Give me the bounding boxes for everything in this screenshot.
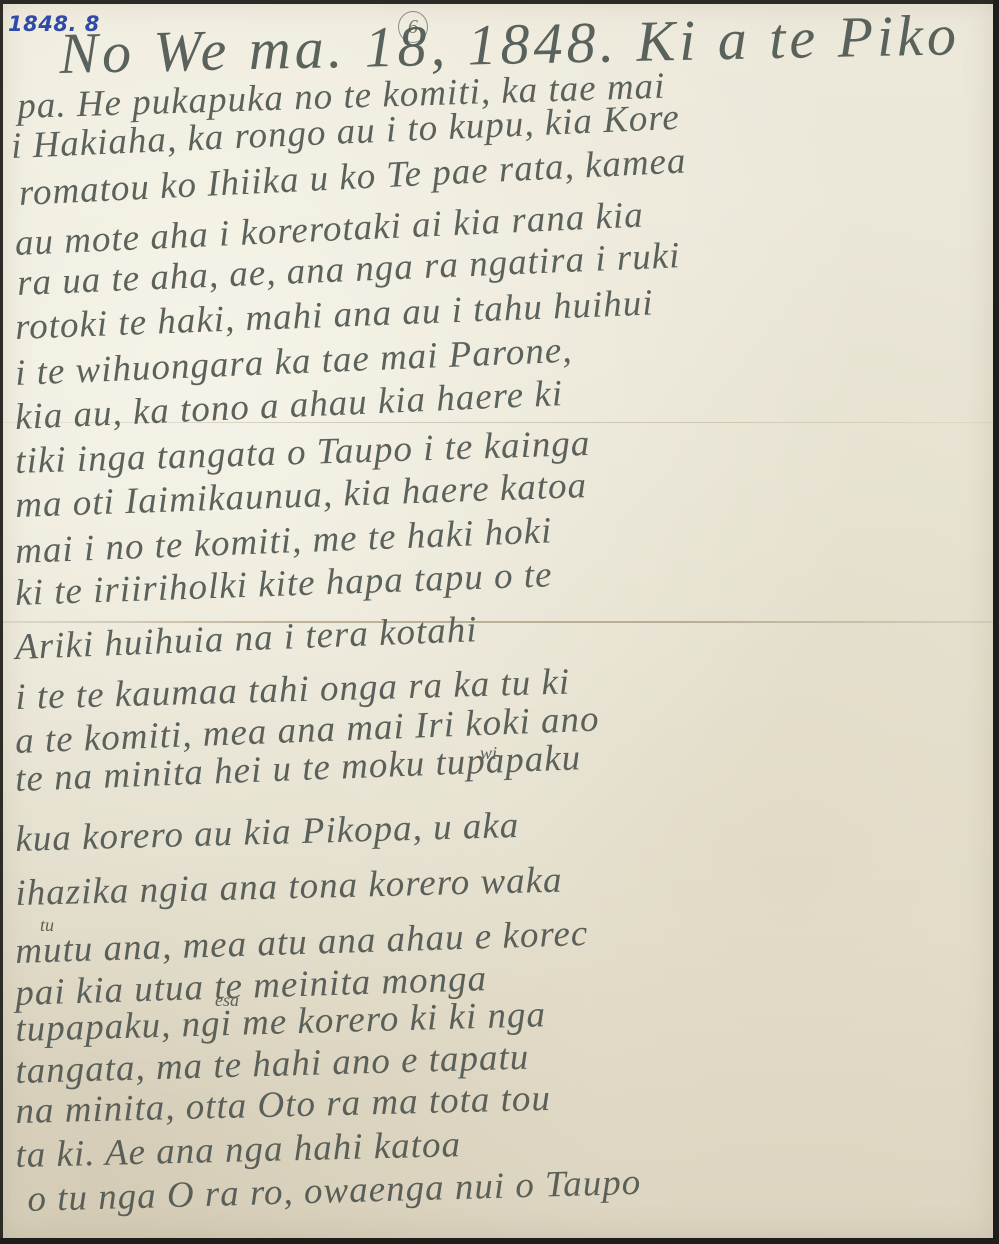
manuscript-page: 1848. 8 6 No We ma. 18, 1848. Ki a te Pi…	[0, 0, 994, 1239]
manuscript-line: Ariki huihuia na i tera kotahi	[14, 608, 478, 669]
interlinear-insertion: esa	[215, 990, 239, 1011]
scan-border-left	[0, 0, 3, 1244]
manuscript-line: ihazika ngia ana tona korero waka	[15, 859, 563, 915]
scan-border-right	[993, 0, 999, 1244]
handwritten-text: No We ma. 18, 1848. Ki a te Piko pa. He …	[0, 0, 993, 1238]
scan-border-top	[0, 0, 999, 4]
manuscript-line: kua korero au kia Pikopa, u aka	[15, 804, 520, 861]
interlinear-insertion: wi	[480, 743, 497, 764]
interlinear-insertion: tu	[40, 915, 54, 936]
scan-border-bottom	[0, 1238, 999, 1244]
